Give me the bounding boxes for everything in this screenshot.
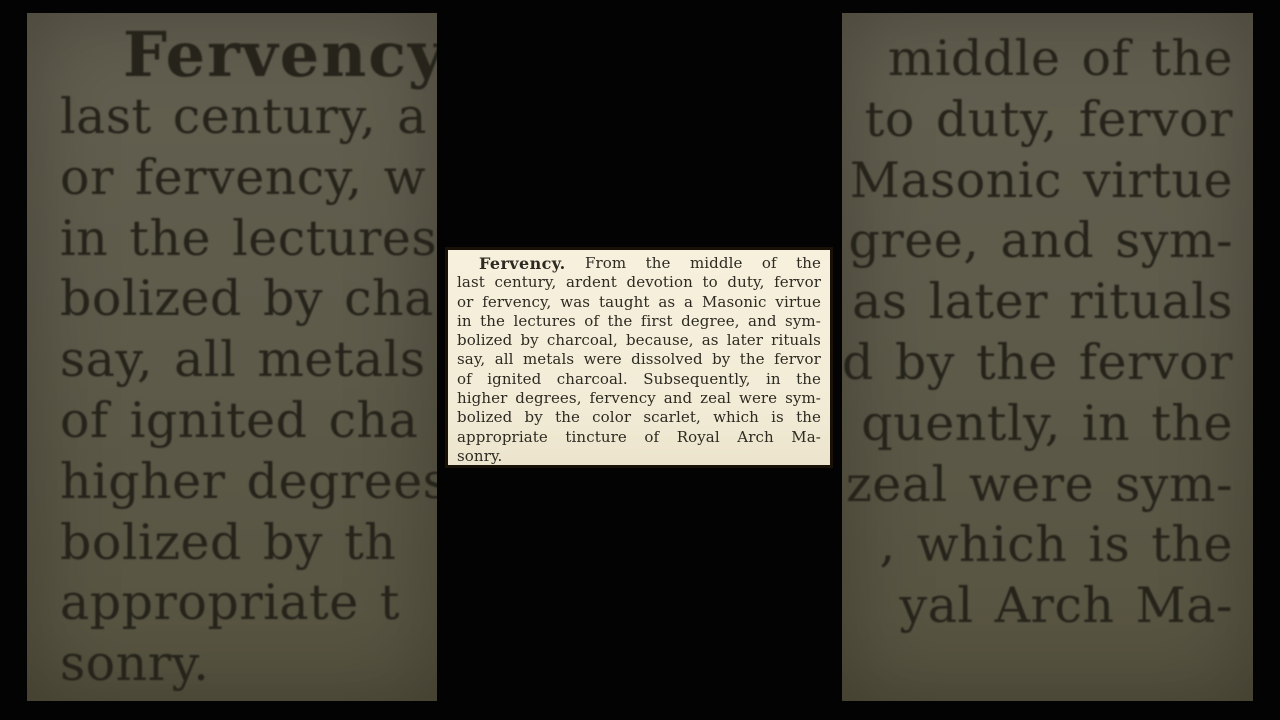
- clipping-line: bolizedbycharcoal,because,aslaterrituals: [457, 331, 821, 350]
- background-text-line: yal Arch Ma-: [842, 576, 1253, 637]
- background-text-line: say, all metals: [27, 330, 437, 391]
- background-text-line: appropriate t: [27, 573, 437, 634]
- clipping-text: Fervency.Fromthemiddleofthelastcentury,a…: [457, 254, 821, 466]
- background-left-page: Fervency last century, aor fervency, win…: [27, 13, 437, 701]
- clipping-line: sonry.: [457, 447, 821, 466]
- background-text-line: to duty, fervor: [842, 90, 1253, 151]
- center-clipping: Fervency.Fromthemiddleofthelastcentury,a…: [445, 247, 833, 468]
- clipping-line: ofignitedcharcoal.Subsequently,inthe: [457, 370, 821, 389]
- clipping-line: Fervency.Fromthemiddleofthe: [457, 254, 821, 273]
- background-left-lines: last century, aor fervency, win the lect…: [27, 87, 437, 695]
- background-text-line: or fervency, w: [27, 148, 437, 209]
- background-right-page: middle of theto duty, fervorMasonic virt…: [842, 13, 1253, 701]
- clipping-line: appropriatetinctureofRoyalArchMa-: [457, 428, 821, 447]
- clipping-line: inthelecturesofthefirstdegree,andsym-: [457, 312, 821, 331]
- background-text-line: sonry.: [27, 634, 437, 695]
- background-right-lines: middle of theto duty, fervorMasonic virt…: [842, 29, 1253, 701]
- background-left-title: Fervency: [27, 13, 437, 87]
- background-text-line: of ignited cha: [27, 391, 437, 452]
- clipping-line: orfervency,wastaughtasaMasonicvirtue: [457, 293, 821, 312]
- background-text-line: in the lectures: [27, 209, 437, 270]
- background-text-line: , which is the: [842, 515, 1253, 576]
- background-left-text: Fervency last century, aor fervency, win…: [27, 13, 437, 701]
- background-text-line: as later rituals: [842, 272, 1253, 333]
- background-text-line: Masonic virtue: [842, 151, 1253, 212]
- background-text-line: gree, and sym-: [842, 211, 1253, 272]
- background-text-line: bolized by th: [27, 513, 437, 574]
- background-text-line: bolized by cha: [27, 269, 437, 330]
- background-text-line: quently, in the: [842, 394, 1253, 455]
- clipping-line: say,allmetalsweredissolvedbythefervor: [457, 350, 821, 369]
- clipping-line: bolizedbythecolorscarlet,whichisthe: [457, 408, 821, 427]
- background-text-line: last century, a: [27, 87, 437, 148]
- background-text-line: middle of the: [842, 29, 1253, 90]
- clipping-line: lastcentury,ardentdevotiontoduty,fervor: [457, 273, 821, 292]
- video-frame: Fervency last century, aor fervency, win…: [0, 0, 1280, 720]
- background-text-line: zeal were sym-: [842, 455, 1253, 516]
- background-text-line: higher degrees: [27, 452, 437, 513]
- clipping-line: higherdegrees,fervencyandzealweresym-: [457, 389, 821, 408]
- background-text-line: d by the fervor: [842, 333, 1253, 394]
